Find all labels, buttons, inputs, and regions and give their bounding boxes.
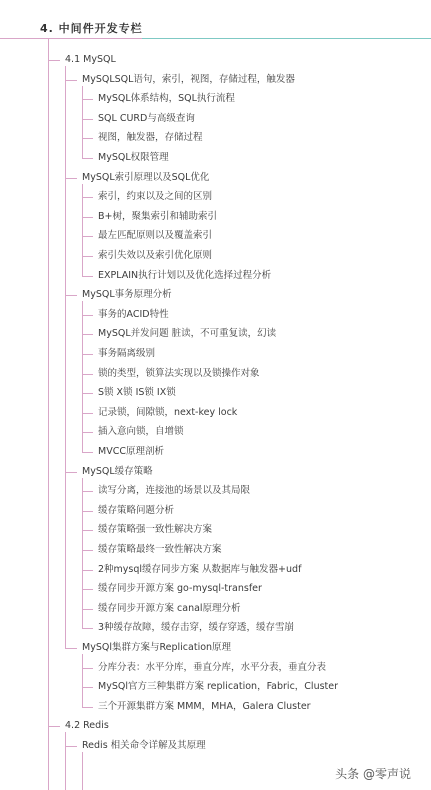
outline-item-label: 事务的ACID特性 <box>98 308 169 322</box>
outline-item-label: MVCC原理剖析 <box>98 445 164 459</box>
tree-connector <box>65 80 77 81</box>
tree-connector <box>82 138 93 139</box>
tree-branch-line <box>65 732 66 790</box>
tree-connector <box>82 511 93 512</box>
tree-branch-line <box>82 86 83 159</box>
outline-item-label: 4.2 Redis <box>65 719 109 733</box>
tree-branch-line <box>82 478 83 630</box>
tree-connector <box>82 628 93 629</box>
tree-connector <box>82 158 93 159</box>
tree-connector <box>82 589 93 590</box>
outline-item-label: EXPLAIN执行计划以及优化选择过程分析 <box>98 269 271 283</box>
tree-connector <box>82 668 93 669</box>
tree-connector <box>65 648 77 649</box>
tree-connector <box>82 570 93 571</box>
tree-connector <box>65 472 77 473</box>
tree-branch-line <box>65 66 66 649</box>
outline-item-label: 缓存同步开源方案 canal原理分析 <box>98 602 241 616</box>
tree-connector <box>82 432 93 433</box>
outline-item-label: MySQL权限管理 <box>98 151 169 165</box>
outline-item-label: 缓存策略最终一致性解决方案 <box>98 543 222 557</box>
outline-item-label: 3种缓存故障，缓存击穿，缓存穿透，缓存雪崩 <box>98 621 294 635</box>
tree-connector <box>48 726 60 727</box>
tree-connector <box>82 530 93 531</box>
tree-connector <box>82 217 93 218</box>
tree-connector <box>82 413 93 414</box>
outline-item-label: 读写分离，连接池的场景以及其局限 <box>98 484 250 498</box>
outline-item-label: 事务隔离级别 <box>98 347 155 361</box>
tree-connector <box>65 746 77 747</box>
watermark: 头条 @零声说 <box>335 765 411 782</box>
title-rule-left <box>0 38 142 39</box>
outline-item-label: MySQL体系结构，SQL执行流程 <box>98 92 235 106</box>
tree-connector <box>82 354 93 355</box>
outline-item-label: 最左匹配原则以及覆盖索引 <box>98 229 212 243</box>
outline-item-label: 索引失效以及索引优化原则 <box>98 249 212 263</box>
section-title: 4. 中间件开发专栏 <box>40 20 143 36</box>
outline-item-label: S锁 X锁 IS锁 IX锁 <box>98 386 176 400</box>
tree-connector <box>82 374 93 375</box>
tree-connector <box>65 178 77 179</box>
outline-item-label: 2种mysql缓存同步方案 从数据库与触发器+udf <box>98 563 301 577</box>
outline-item-label: 三个开源集群方案 MMM，MHA，Galera Cluster <box>98 700 311 714</box>
outline-item-label: SQL CURD与高级查询 <box>98 112 195 126</box>
outline-item-label: MySQL索引原理以及SQL优化 <box>82 171 209 185</box>
tree-connector <box>65 295 77 296</box>
tree-trunk-line <box>48 38 49 790</box>
title-rule-right <box>142 38 431 39</box>
tree-connector <box>48 60 60 61</box>
tree-connector <box>82 707 93 708</box>
tree-connector <box>82 550 93 551</box>
tree-connector <box>82 119 93 120</box>
outline-item-label: MySQl官方三种集群方案 replication，Fabric，Cluster <box>98 680 338 694</box>
outline-item-label: MySQLSQL语句，索引，视图，存储过程，触发器 <box>82 73 295 87</box>
outline-item-label: MySQL缓存策略 <box>82 465 153 479</box>
outline-item-label: 视图，触发器，存储过程 <box>98 131 203 145</box>
outline-item-label: 缓存策略问题分析 <box>98 504 174 518</box>
tree-connector <box>82 315 93 316</box>
tree-connector <box>82 236 93 237</box>
outline-item-label: MySQL并发问题 脏读，不可重复读，幻读 <box>98 327 276 341</box>
outline-item-label: MySQl集群方案与Replication原理 <box>82 641 231 655</box>
tree-connector <box>82 609 93 610</box>
tree-branch-line <box>82 301 83 453</box>
tree-connector <box>82 687 93 688</box>
outline-item-label: 分库分表：水平分库，垂直分库，水平分表，垂直分表 <box>98 661 326 675</box>
tree-connector <box>82 99 93 100</box>
tree-connector <box>82 276 93 277</box>
outline-item-label: 缓存策略强一致性解决方案 <box>98 523 212 537</box>
outline-item-label: 缓存同步开源方案 go-mysql-transfer <box>98 582 262 596</box>
outline-item-label: 索引，约束以及之间的区别 <box>98 190 212 204</box>
outline-item-label: B+树，聚集索引和辅助索引 <box>98 210 217 224</box>
tree-branch-line <box>82 654 83 708</box>
tree-connector <box>82 197 93 198</box>
outline-item-label: 4.1 MySQL <box>65 53 116 67</box>
tree-connector <box>82 334 93 335</box>
outline-item-label: MySQL事务原理分析 <box>82 288 172 302</box>
tree-connector <box>82 256 93 257</box>
outline-item-label: Redis 相关命令详解及其原理 <box>82 739 206 753</box>
tree-branch-line <box>82 184 83 277</box>
tree-branch-line <box>82 752 83 790</box>
tree-connector <box>82 393 93 394</box>
outline-item-label: 锁的类型，锁算法实现以及锁操作对象 <box>98 367 260 381</box>
outline-item-label: 记录锁，间隙锁，next-key lock <box>98 406 237 420</box>
outline-item-label: 插入意向锁，自增锁 <box>98 425 184 439</box>
tree-connector <box>82 491 93 492</box>
tree-connector <box>82 452 93 453</box>
